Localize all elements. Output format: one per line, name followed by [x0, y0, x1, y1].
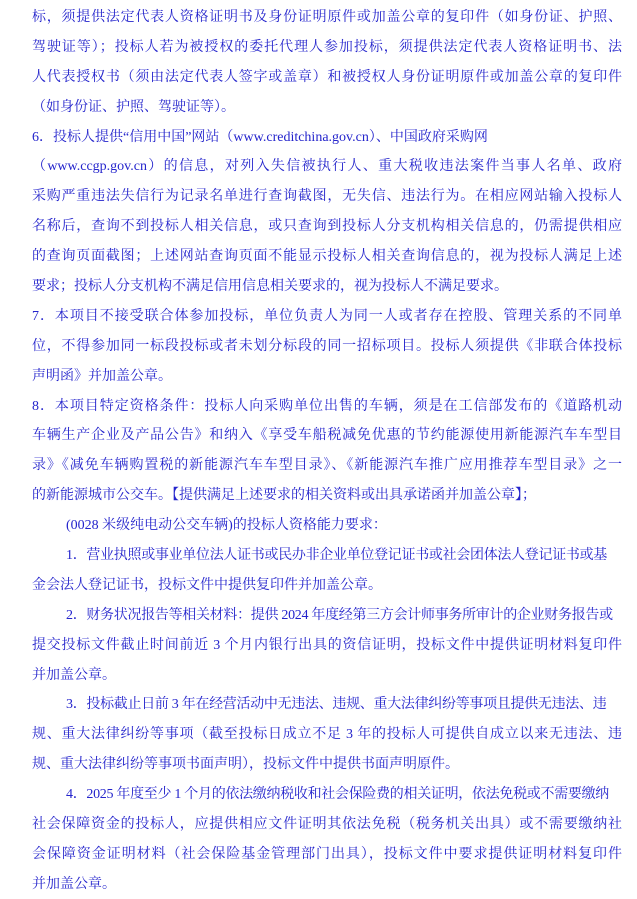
- text-line: 6．投标人提供“信用中国”网站（www.creditchina.gov.cn）、…: [32, 123, 622, 153]
- text-line: 8．本项目特定资格条件：投标人向采购单位出售的车辆，须是在工信部发布的《道路机动: [32, 392, 622, 422]
- text-line: 3．投标截止日前 3 年在经营活动中无违法、违规、重大法律纠纷等事项且提供无违法…: [32, 690, 622, 720]
- text-line: （如身份证、护照、驾驶证等）。: [32, 93, 622, 123]
- text-line: 规、重大法律纠纷等事项（截至投标日成立不足 3 年的投标人可提供自成立以来无违法…: [32, 720, 622, 750]
- text-line: 金会法人登记证书，投标文件中提供复印件并加盖公章。: [32, 571, 622, 601]
- text-line: 的查询页面截图；上述网站查询页面不能显示投标人相关查询信息的，视为投标人满足上述: [32, 242, 622, 272]
- text-line: 声明函》并加盖公章。: [32, 362, 622, 392]
- text-line: 规、重大法律纠纷等事项书面声明），投标文件中提供书面声明原件。: [32, 750, 622, 780]
- text-line: 并加盖公章。: [32, 870, 622, 899]
- text-line: 社会保障资金的投标人，应提供相应文件证明其依法免税（税务机关出具）或不需要缴纳社: [32, 810, 622, 840]
- text-line: 并加盖公章。: [32, 661, 622, 691]
- text-line: 人代表授权书（须由法定代表人签字或盖章）和被授权人身份证明原件或加盖公章的复印件: [32, 63, 622, 93]
- text-line: 2．财务状况报告等相关材料：提供 2024 年度经第三方会计师事务所审计的企业财…: [32, 601, 622, 631]
- text-line: 标，须提供法定代表人资格证明书及身份证明原件或加盖公章的复印件（如身份证、护照、: [32, 3, 622, 33]
- text-line: 驾驶证等）；投标人若为被授权的委托代理人参加投标，须提供法定代表人资格证明书、法: [32, 33, 622, 63]
- text-line: 1．营业执照或事业单位法人证书或民办非企业单位登记证书或社会团体法人登记证书或基: [32, 541, 622, 571]
- text-line: 车辆生产企业及产品公告》和纳入《享受车船税减免优惠的节约能源使用新能源汽车车型目: [32, 421, 622, 451]
- text-line: 要求；投标人分支机构不满足信用信息相关要求的，视为投标人不满足要求。: [32, 272, 622, 302]
- text-line: 提交投标文件截止时间前近 3 个月内银行出具的资信证明，投标文件中提供证明材料复…: [32, 631, 622, 661]
- text-line: 的新能源城市公交车。【提供满足上述要求的相关资料或出具承诺函并加盖公章】；: [32, 481, 622, 511]
- text-line: 采购严重违法失信行为记录名单进行查询截图，无失信、违法行为。在相应网站输入投标人: [32, 182, 622, 212]
- text-line: 录》《减免车辆购置税的新能源汽车车型目录》、《新能源汽车推广应用推荐车型目录》之…: [32, 451, 622, 481]
- text-line: （www.ccgp.gov.cn）的信息，对列入失信被执行人、重大税收违法案件当…: [32, 152, 622, 182]
- document-page: 标，须提供法定代表人资格证明书及身份证明原件或加盖公章的复印件（如身份证、护照、…: [0, 0, 637, 899]
- text-line: 名称后，查询不到投标人相关信息，或只查询到投标人分支机构相关信息的，仍需提供相应: [32, 212, 622, 242]
- text-line: 位，不得参加同一标段投标或者未划分标段的同一招标项目。投标人须提供《非联合体投标: [32, 332, 622, 362]
- text-line: 会保障资金证明材料（社会保险基金管理部门出具），投标文件中要求提供证明材料复印件: [32, 840, 622, 870]
- text-line: 7．本项目不接受联合体参加投标，单位负责人为同一人或者存在控股、管理关系的不同单: [32, 302, 622, 332]
- section-heading-line: (0028 米级纯电动公交车辆)的投标人资格能力要求：: [32, 511, 622, 541]
- text-line: 4．2025 年度至少 1 个月的依法缴纳税收和社会保险费的相关证明，依法免税或…: [32, 780, 622, 810]
